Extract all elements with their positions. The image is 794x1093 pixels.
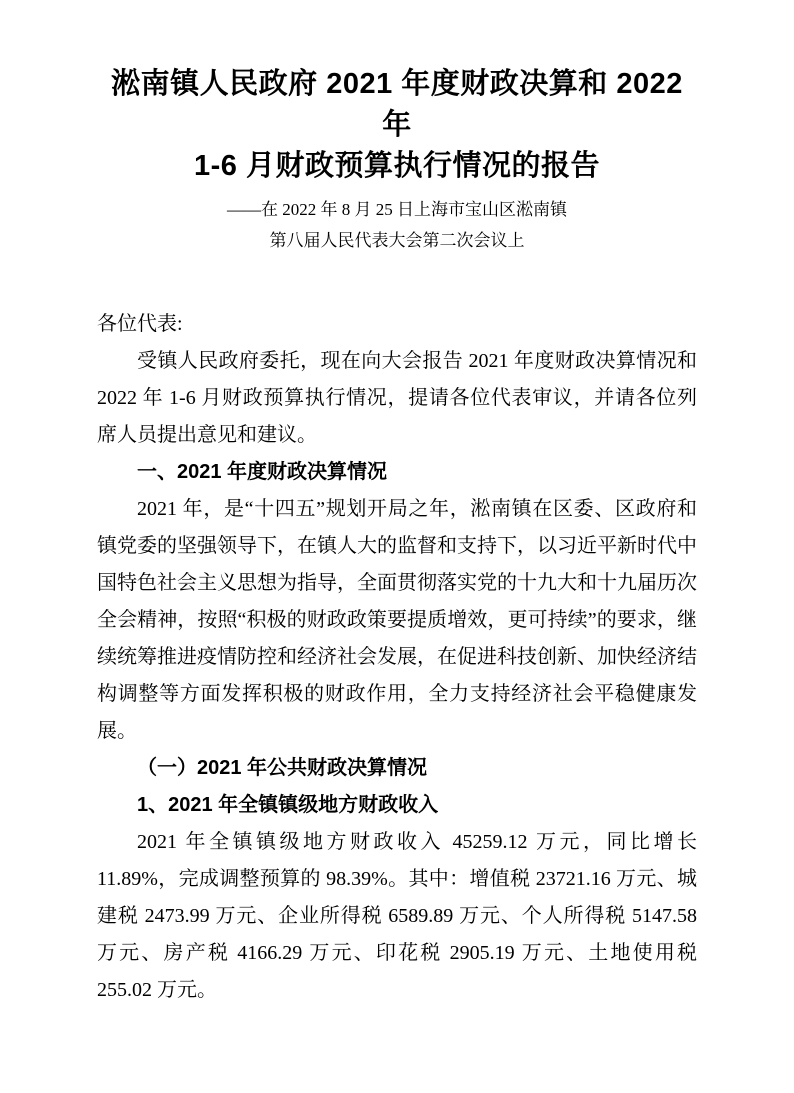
section-heading-2021-final-accounts: 一、2021 年度财政决算情况 [97, 454, 697, 491]
subtitle-line-1: ——在 2022 年 8 月 25 日上海市宝山区淞南镇 [97, 194, 697, 225]
subsection-heading-public-finance: （一）2021 年公共财政决算情况 [97, 750, 697, 787]
title-line-1: 淞南镇人民政府 2021 年度财政决算和 2022 年 [97, 64, 697, 146]
salutation: 各位代表: [97, 306, 697, 343]
document-page: 淞南镇人民政府 2021 年度财政决算和 2022 年 1-6 月财政预算执行情… [0, 0, 794, 1093]
paragraph-overview: 2021 年，是“十四五”规划开局之年，淞南镇在区委、区政府和镇党委的坚强领导下… [97, 491, 697, 750]
title-line-2: 1-6 月财政预算执行情况的报告 [97, 146, 697, 187]
document-body: 各位代表: 受镇人民政府委托，现在向大会报告 2021 年度财政决算情况和 20… [97, 306, 697, 1009]
document-title: 淞南镇人民政府 2021 年度财政决算和 2022 年 1-6 月财政预算执行情… [97, 64, 697, 187]
paragraph-intro: 受镇人民政府委托，现在向大会报告 2021 年度财政决算情况和 2022 年 1… [97, 343, 697, 454]
subtitle-line-2: 第八届人民代表大会第二次会议上 [97, 225, 697, 256]
paragraph-revenue-figures: 2021 年全镇镇级地方财政收入 45259.12 万元，同比增长 11.89%… [97, 824, 697, 1009]
subsection-heading-local-revenue: 1、2021 年全镇镇级地方财政收入 [97, 787, 697, 824]
